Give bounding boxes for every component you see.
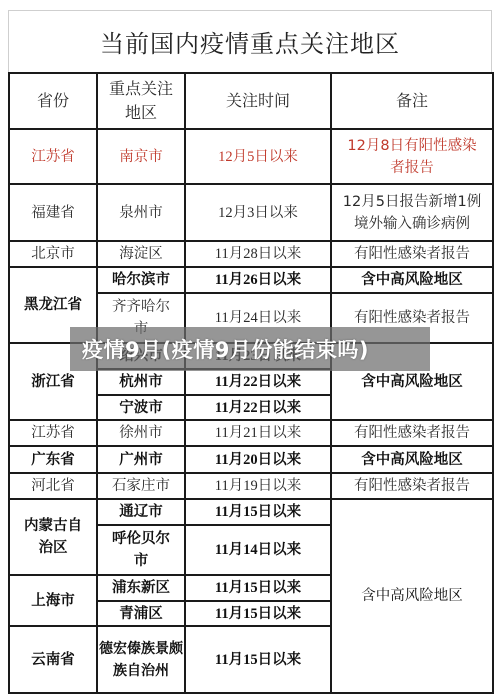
table-row: 江苏省 徐州市 11月21日以来 有阳性感染者报告	[9, 420, 493, 446]
header-area: 重点关注地区	[97, 73, 185, 129]
cell-area: 青浦区	[97, 601, 185, 626]
cell-time: 11月15日以来	[185, 626, 331, 693]
cell-area: 宁波市	[97, 395, 185, 420]
cell-time: 11月15日以来	[185, 499, 331, 525]
cell-area: 呼伦贝尔市	[97, 525, 185, 575]
cell-note: 12月5日报告新增1例境外输入确诊病例	[331, 184, 493, 241]
cell-province: 广东省	[9, 446, 97, 473]
cell-area: 德宏傣族景颇族自治州	[97, 626, 185, 693]
cell-time: 12月3日以来	[185, 184, 331, 241]
cell-note: 有阳性感染者报告	[331, 473, 493, 499]
cell-area: 泉州市	[97, 184, 185, 241]
cell-area: 通辽市	[97, 499, 185, 525]
cell-time: 11月15日以来	[185, 601, 331, 626]
cell-time: 11月28日以来	[185, 241, 331, 267]
cell-area: 石家庄市	[97, 473, 185, 499]
cell-province: 江苏省	[9, 129, 97, 184]
table-row: 河北省 石家庄市 11月19日以来 有阳性感染者报告	[9, 473, 493, 499]
cell-province: 北京市	[9, 241, 97, 267]
cell-time: 11月22日以来	[185, 395, 331, 420]
header-province: 省份	[9, 73, 97, 129]
cell-time: 11月19日以来	[185, 473, 331, 499]
caption-overlay: 疫情9月(疫情9月份能结束吗)	[70, 327, 430, 371]
table-title: 当前国内疫情重点关注地区	[8, 10, 492, 72]
header-note: 备注	[331, 73, 493, 129]
table-row: 黑龙江省 哈尔滨市 11月26日以来 含中高风险地区	[9, 267, 493, 293]
risk-area-table: 省份 重点关注地区 关注时间 备注 江苏省 南京市 12月5日以来 12月8日有…	[8, 72, 494, 694]
cell-area: 广州市	[97, 446, 185, 473]
cell-note: 有阳性感染者报告	[331, 241, 493, 267]
table-row: 内蒙古自治区 通辽市 11月15日以来 含中高风险地区	[9, 499, 493, 525]
cell-area: 海淀区	[97, 241, 185, 267]
cell-area: 哈尔滨市	[97, 267, 185, 293]
cell-area: 杭州市	[97, 369, 185, 395]
cell-province: 福建省	[9, 184, 97, 241]
cell-time: 12月5日以来	[185, 129, 331, 184]
cell-area: 徐州市	[97, 420, 185, 446]
cell-province: 江苏省	[9, 420, 97, 446]
cell-province: 云南省	[9, 626, 97, 693]
table-row: 福建省 泉州市 12月3日以来 12月5日报告新增1例境外输入确诊病例	[9, 184, 493, 241]
cell-time: 11月14日以来	[185, 525, 331, 575]
cell-note: 含中高风险地区	[331, 499, 493, 693]
cell-area: 南京市	[97, 129, 185, 184]
cell-note: 含中高风险地区	[331, 446, 493, 473]
cell-note: 12月8日有阳性感染者报告	[331, 129, 493, 184]
cell-province: 内蒙古自治区	[9, 499, 97, 575]
cell-time: 11月20日以来	[185, 446, 331, 473]
cell-time: 11月21日以来	[185, 420, 331, 446]
header-row: 省份 重点关注地区 关注时间 备注	[9, 73, 493, 129]
cell-note: 含中高风险地区	[331, 267, 493, 293]
cell-province: 河北省	[9, 473, 97, 499]
cell-time: 11月15日以来	[185, 575, 331, 601]
table-row: 江苏省 南京市 12月5日以来 12月8日有阳性感染者报告	[9, 129, 493, 184]
cell-area: 浦东新区	[97, 575, 185, 601]
cell-province: 上海市	[9, 575, 97, 626]
header-time: 关注时间	[185, 73, 331, 129]
cell-time: 11月26日以来	[185, 267, 331, 293]
cell-note: 有阳性感染者报告	[331, 420, 493, 446]
table-row: 北京市 海淀区 11月28日以来 有阳性感染者报告	[9, 241, 493, 267]
table-row: 广东省 广州市 11月20日以来 含中高风险地区	[9, 446, 493, 473]
caption-text: 疫情9月(疫情9月份能结束吗)	[82, 334, 369, 364]
cell-time: 11月22日以来	[185, 369, 331, 395]
